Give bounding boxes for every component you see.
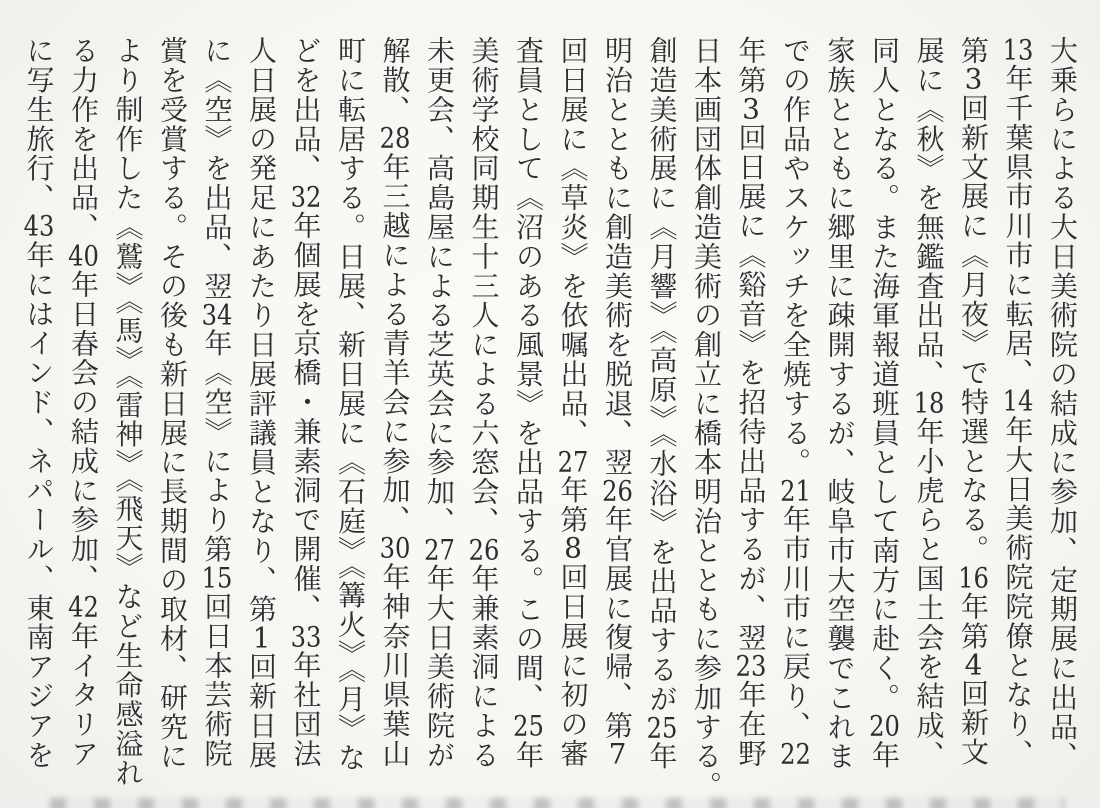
text-column: に《空》を出品、翌34年《空》により第15回日本芸術院 — [194, 36, 239, 798]
text-column: 町に転居する。日展、新日展に《石庭》《篝火》《月》な — [328, 36, 373, 798]
text-column: 大乗らによる大日美術院の結成に参加、定期展に出品、 — [1040, 36, 1085, 798]
text-column: 第3回新文展に《月夜》で特選となる。16年第4回新文 — [951, 36, 996, 798]
text-column: 創造美術展に《月響》《高原》《水浴》を出品するが25年 — [639, 36, 684, 798]
text-column: 賞を受賞する。その後も新日展に長期間の取材、研究に — [150, 36, 195, 798]
text-column: 展に《秋》を無鑑査出品、18年小虎らと国土会を結成、 — [906, 36, 951, 798]
text-column: での作品やスケッチを全焼する。21年市川市に戻り、22 — [773, 36, 818, 798]
text-column: どを出品、32年個展を京橋・兼素洞で開催、33年社団法 — [283, 36, 328, 798]
text-column: 家族とともに郷里に疎開するが、岐阜市大空襲でこれま — [817, 36, 862, 798]
text-column: 明治とともに創造美術を脱退、翌26年官展に復帰、第7 — [595, 36, 640, 798]
text-column: 解散、28年三越による青羊会に参加、30年神奈川県葉山 — [372, 36, 417, 798]
text-column: 査員として《沼のある風景》を出品する。この間、25年 — [506, 36, 551, 798]
text-column: 美術学校同期生十三人による六窓会、26年兼素洞による — [461, 36, 506, 798]
text-column: より制作した《鷲》《馬》《雷神》《飛天》など生命感溢れ — [105, 36, 150, 798]
text-column: に写生旅行、43年にはインド、ネパール、東南アジアを — [16, 36, 61, 798]
text-column: 回日展に《草炎》を依嘱出品、27年第8回日展に初の審 — [550, 36, 595, 798]
text-column: 同人となる。また海軍報道班員として南方に赴く。20年 — [862, 36, 907, 798]
text-column: 日本画団体創造美術の創立に橋本明治とともに参加する。 — [684, 36, 729, 798]
text-column: 人日展の発足にあたり日展評議員となり、第1回新日展 — [239, 36, 284, 798]
text-column: 年第3回日展に《谿音》を招待出品するが、翌23年在野 — [728, 36, 773, 798]
scan-cutoff-artifact — [50, 798, 1065, 808]
text-column: 未更会、高島屋による芝英会に参加、27年大日美術院が — [417, 36, 462, 798]
biography-text-block: 大乗らによる大日美術院の結成に参加、定期展に出品、13年千葉県市川市に転居、14… — [14, 36, 1084, 798]
scanned-page: 大乗らによる大日美術院の結成に参加、定期展に出品、13年千葉県市川市に転居、14… — [0, 0, 1100, 808]
text-column: 13年千葉県市川市に転居、14年大日美術院院僚となり、 — [995, 36, 1040, 798]
text-column: る力作を出品、40年日春会の結成に参加、42年イタリア — [61, 36, 106, 798]
